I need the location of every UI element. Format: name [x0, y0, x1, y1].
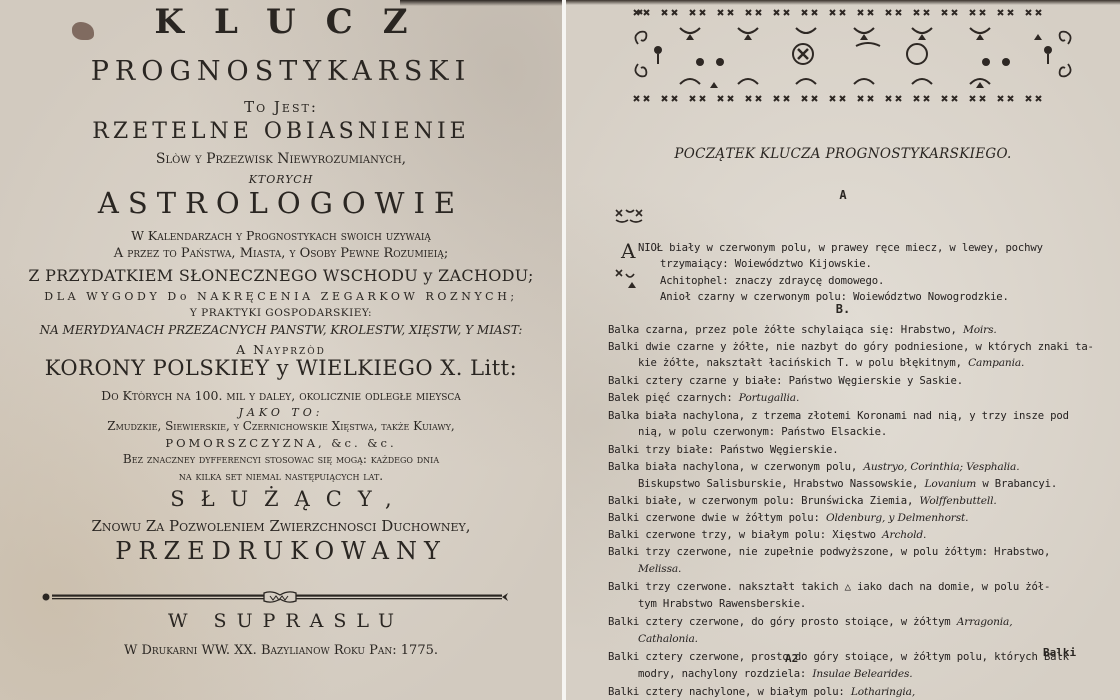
a-przez-line: A przez to Państwa, Miasta, y Osoby Pewn… [0, 246, 562, 261]
drukarni-line: W Drukarni WW. XX. Bazylianow Roku Pan: … [0, 643, 562, 658]
entry-line: Achitophel: znaczy zdraycę domowego. [660, 273, 884, 290]
entry-line: Balki czerwone dwie w żółtym polu: Olden… [608, 510, 968, 527]
kalendarzach-line: W Kalendarzach y Prognostykach swoich uz… [0, 228, 562, 243]
left-page-title: KLUCZ PROGNOSTYKARSKI To Jest: RZETELNE … [0, 0, 562, 700]
section-heading: POCZĄTEK KLUCZA PROGNOSTYKARSKIEGO. [566, 146, 1120, 162]
drop-cap: A [621, 239, 635, 263]
entry-line: Balki cztery czarne y białe: Państwo Węg… [608, 373, 963, 390]
entry-line: Balki cztery czerwone, do góry prosto st… [608, 614, 1012, 631]
entry-line: Cathalonia. [638, 631, 698, 648]
zmudzkie-line: Zmudzkie, Siewierskie, y Czernichowskie … [0, 419, 562, 433]
entry-line: Balka biała nachylona, w czerwonym polu,… [608, 459, 1019, 476]
catchword: Balki [1043, 646, 1076, 659]
bez-znaczney-line: Bez znaczney dyfferencyi stosowac się mo… [0, 452, 562, 466]
rzetelne-line: RZETELNE OBIASNIENIE [0, 119, 562, 144]
entry-line: Balek pięć czarnych: Portugallia. [608, 390, 799, 407]
entry-line: Balki trzy czerwone. nakształt takich △ … [608, 579, 1050, 596]
entry-line: Balki trzy białe: Państwo Węgierskie. [608, 442, 838, 459]
entry-line: Balki czerwone trzy, w białym polu: Xięs… [608, 527, 926, 544]
signature-mark: A2 [785, 652, 798, 665]
to-jest-line: To Jest: [0, 98, 562, 116]
ornamental-rule-divider [42, 591, 512, 603]
korony-line: KORONY POLSKIEY y WIELKIEGO X. Litt: [0, 356, 562, 380]
sluzacy-line: SŁUŻĄCY, [0, 487, 562, 511]
entry-line: Biskupstwo Salisburskie, Hrabstwo Nassow… [638, 476, 1057, 493]
entry-line: Balki trzy czerwone, nie zupełnie podwyż… [608, 544, 1050, 561]
letter-heading-a: A [566, 188, 1120, 202]
entry-line: tym Hrabstwo Rawensberskie. [638, 596, 806, 613]
entry-line: trzymaiący: Woiewództwo Kijowskie. [660, 256, 872, 273]
entry-line: Balki cztery czerwone, prosto do góry st… [608, 649, 1069, 666]
entry-line: Balki dwie czarne y żółte, nie nazbyt do… [608, 339, 1094, 356]
do-ktorych-line: Do Ktòrych na 100. mil y daley, okoliczn… [0, 388, 562, 403]
ktorych-line: KTORYCH [0, 173, 562, 186]
entry-line: Balki cztery nachylone, w białym polu: L… [608, 684, 915, 700]
entry-line: Anioł czarny w czerwonym polu: Woiewództ… [660, 289, 1009, 306]
edge-shadow [400, 0, 562, 6]
headpiece-ornament [628, 4, 1088, 104]
dla-wygody-line: DLA WYGODY Do NAKRĘCENIA ZEGARKOW ROZNYC… [0, 290, 562, 303]
nayprzod-line: A Nayprzòd [0, 342, 562, 357]
entry-line: Balka biała nachylona, z trzema złotemi … [608, 408, 1069, 425]
merydyanach-line: NA MERYDYANACH PRZEZACNYCH PANSTW, KROLE… [0, 323, 562, 337]
subtitle-prognostykarski: PROGNOSTYKARSKI [0, 56, 562, 87]
jako-to-line: JAKO TO: [0, 406, 562, 419]
entry-line: Melissa. [638, 561, 681, 578]
znowu-line: Znowu Za Pozwoleniem Zwierzchnosci Ducho… [0, 517, 562, 535]
pomorszczyzna-line: POMORSZCZYZNA, &c. &c. [0, 436, 562, 450]
praktyki-line: Y PRAKTYKI GOSPODARSKIEY: [0, 307, 562, 319]
astrologowie-line: ASTROLOGOWIE [0, 186, 562, 220]
slow-line: Slòw y Przezwisk Niewyrozumianych, [0, 151, 562, 167]
przedrukowany-line: PRZEDRUKOWANY [0, 537, 562, 565]
w-supraslu-line: W SUPRASLU [0, 610, 562, 632]
entry-line: NIOŁ biały w czerwonym polu, w prawey rę… [638, 240, 1043, 257]
na-kilka-line: na kilka set niemal następuiących lat. [0, 469, 562, 483]
entry-line: Balki białe, w czerwonym polu: Brunświck… [608, 493, 997, 510]
entry-line: kie żółte, nakształt łacińskich T. w pol… [638, 355, 1024, 372]
entry-line: nią, w polu czerwonym: Państwo Elsackie. [638, 424, 887, 441]
title-klucz: KLUCZ [0, 2, 562, 42]
przydatkiem-line: Z PRZYDATKIEM SŁONECZNEGO WSCHODU y ZACH… [0, 266, 562, 285]
entry-line: modry, nachylony rozdziela: Insulae Bele… [638, 666, 912, 683]
entry-line: Balka czarna, przez pole żółte schylaiąc… [608, 322, 997, 339]
